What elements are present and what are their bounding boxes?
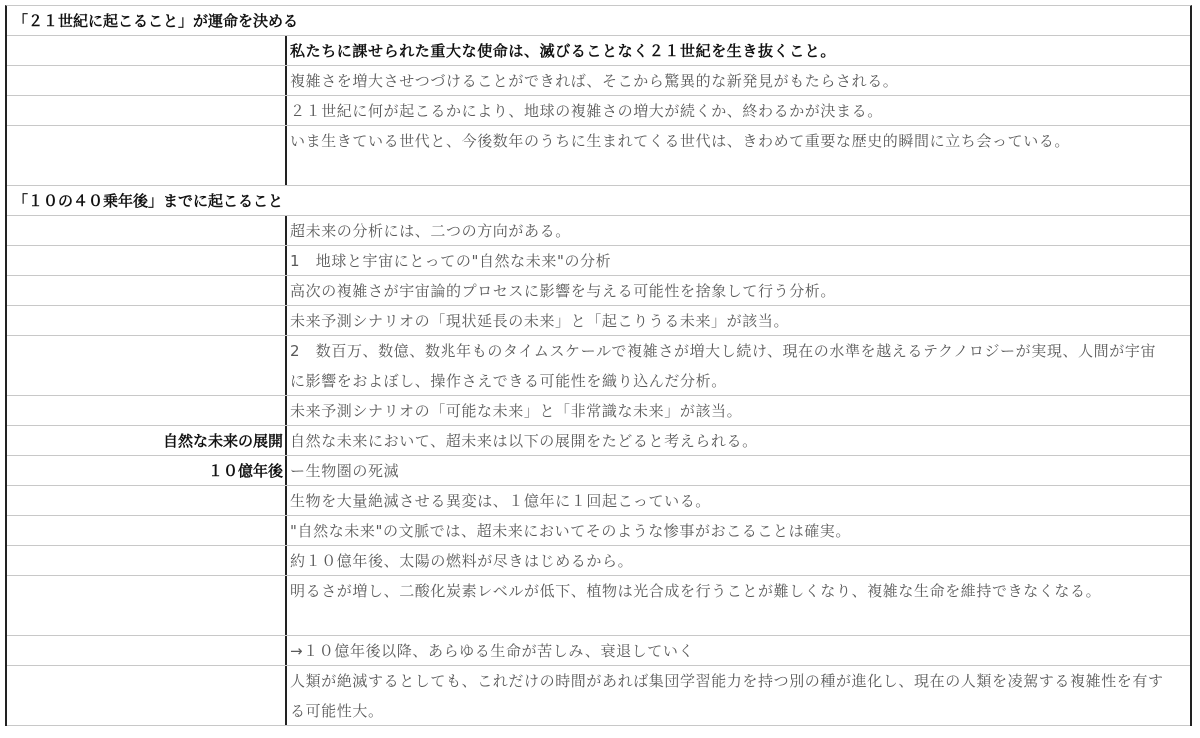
- text-cell[interactable]: 私たちに課せられた重大な使命は、滅びることなく２１世紀を生き抜くこと。: [285, 36, 1190, 65]
- text-cell[interactable]: "自然な未来"の文脈では、超未来においてそのような惨事がおこることは確実。: [285, 516, 1190, 545]
- section-heading: 「１０の４０乗年後」までに起こること: [7, 190, 283, 211]
- text-cell[interactable]: 複雑さを増大させつづけることができれば、そこから驚異的な新発見がもたらされる。: [285, 66, 1190, 95]
- text-cell[interactable]: ２１世紀に何が起こるかにより、地球の複雑さの増大が続くか、終わるかが決まる。: [285, 96, 1190, 125]
- table-row[interactable]: いま生きている世代と、今後数年のうちに生まれてくる世代は、きわめて重要な歴史的瞬…: [7, 126, 1190, 186]
- spreadsheet-grid: 「２１世紀に起こること」が運命を決める 私たちに課せられた重大な使命は、滅びるこ…: [5, 5, 1192, 726]
- label-cell[interactable]: [7, 246, 285, 275]
- label-cell[interactable]: [7, 516, 285, 545]
- label-cell[interactable]: [7, 576, 285, 635]
- text-cell[interactable]: いま生きている世代と、今後数年のうちに生まれてくる世代は、きわめて重要な歴史的瞬…: [285, 126, 1190, 185]
- label-cell[interactable]: [7, 306, 285, 335]
- text-cell[interactable]: ー生物圏の死滅: [285, 456, 1190, 485]
- section-heading-row[interactable]: 「２１世紀に起こること」が運命を決める: [7, 6, 1190, 36]
- table-row[interactable]: １０億年後 ー生物圏の死滅: [7, 456, 1190, 486]
- table-row[interactable]: 明るさが増し、二酸化炭素レベルが低下、植物は光合成を行うことが難しくなり、複雑な…: [7, 576, 1190, 636]
- text-cell[interactable]: 約１０億年後、太陽の燃料が尽きはじめるから。: [285, 546, 1190, 575]
- text-cell[interactable]: 未来予測シナリオの「現状延長の未来」と「起こりうる未来」が該当。: [285, 306, 1190, 335]
- table-row[interactable]: 1 地球と宇宙にとっての"自然な未来"の分析: [7, 246, 1190, 276]
- label-cell[interactable]: [7, 36, 285, 65]
- text-cell[interactable]: 1 地球と宇宙にとっての"自然な未来"の分析: [285, 246, 1190, 275]
- label-cell[interactable]: [7, 666, 285, 725]
- text-cell[interactable]: 2 数百万、数億、数兆年ものタイムスケールで複雑さが増大し続け、現在の水準を越え…: [285, 336, 1190, 395]
- label-cell[interactable]: [7, 216, 285, 245]
- label-cell[interactable]: [7, 636, 285, 665]
- label-cell-1-billion-years[interactable]: １０億年後: [7, 456, 285, 485]
- section-heading-row[interactable]: 「１０の４０乗年後」までに起こること: [7, 186, 1190, 216]
- table-row[interactable]: 約１０億年後、太陽の燃料が尽きはじめるから。: [7, 546, 1190, 576]
- text-cell[interactable]: 未来予測シナリオの「可能な未来」と「非常識な未来」が該当。: [285, 396, 1190, 425]
- table-row[interactable]: ２１世紀に何が起こるかにより、地球の複雑さの増大が続くか、終わるかが決まる。: [7, 96, 1190, 126]
- table-row[interactable]: →１０億年後以降、あらゆる生命が苦しみ、衰退していく: [7, 636, 1190, 666]
- table-row[interactable]: 私たちに課せられた重大な使命は、滅びることなく２１世紀を生き抜くこと。: [7, 36, 1190, 66]
- table-row[interactable]: 未来予測シナリオの「現状延長の未来」と「起こりうる未来」が該当。: [7, 306, 1190, 336]
- label-cell[interactable]: [7, 66, 285, 95]
- table-row[interactable]: 高次の複雑さが宇宙論的プロセスに影響を与える可能性を捨象して行う分析。: [7, 276, 1190, 306]
- table-row[interactable]: 人類が絶滅するとしても、これだけの時間があれば集団学習能力を持つ別の種が進化し、…: [7, 666, 1190, 726]
- section-heading: 「２１世紀に起こること」が運命を決める: [7, 10, 298, 31]
- text-cell[interactable]: →１０億年後以降、あらゆる生命が苦しみ、衰退していく: [285, 636, 1190, 665]
- label-cell[interactable]: [7, 126, 285, 185]
- table-row[interactable]: 超未来の分析には、二つの方向がある。: [7, 216, 1190, 246]
- table-row[interactable]: 未来予測シナリオの「可能な未来」と「非常識な未来」が該当。: [7, 396, 1190, 426]
- table-row[interactable]: 生物を大量絶滅させる異変は、１億年に１回起こっている。: [7, 486, 1190, 516]
- label-cell[interactable]: [7, 396, 285, 425]
- label-cell[interactable]: [7, 486, 285, 515]
- label-cell[interactable]: [7, 336, 285, 395]
- text-cell[interactable]: 人類が絶滅するとしても、これだけの時間があれば集団学習能力を持つ別の種が進化し、…: [285, 666, 1190, 725]
- label-cell[interactable]: [7, 546, 285, 575]
- label-cell-natural-future[interactable]: 自然な未来の展開: [7, 426, 285, 455]
- label-cell[interactable]: [7, 96, 285, 125]
- text-cell[interactable]: 明るさが増し、二酸化炭素レベルが低下、植物は光合成を行うことが難しくなり、複雑な…: [285, 576, 1190, 635]
- text-cell[interactable]: 超未来の分析には、二つの方向がある。: [285, 216, 1190, 245]
- table-row[interactable]: 自然な未来の展開 自然な未来において、超未来は以下の展開をたどると考えられる。: [7, 426, 1190, 456]
- text-cell[interactable]: 生物を大量絶滅させる異変は、１億年に１回起こっている。: [285, 486, 1190, 515]
- label-cell[interactable]: [7, 276, 285, 305]
- table-row[interactable]: "自然な未来"の文脈では、超未来においてそのような惨事がおこることは確実。: [7, 516, 1190, 546]
- table-row[interactable]: 複雑さを増大させつづけることができれば、そこから驚異的な新発見がもたらされる。: [7, 66, 1190, 96]
- text-cell[interactable]: 高次の複雑さが宇宙論的プロセスに影響を与える可能性を捨象して行う分析。: [285, 276, 1190, 305]
- text-cell[interactable]: 自然な未来において、超未来は以下の展開をたどると考えられる。: [285, 426, 1190, 455]
- table-row[interactable]: 2 数百万、数億、数兆年ものタイムスケールで複雑さが増大し続け、現在の水準を越え…: [7, 336, 1190, 396]
